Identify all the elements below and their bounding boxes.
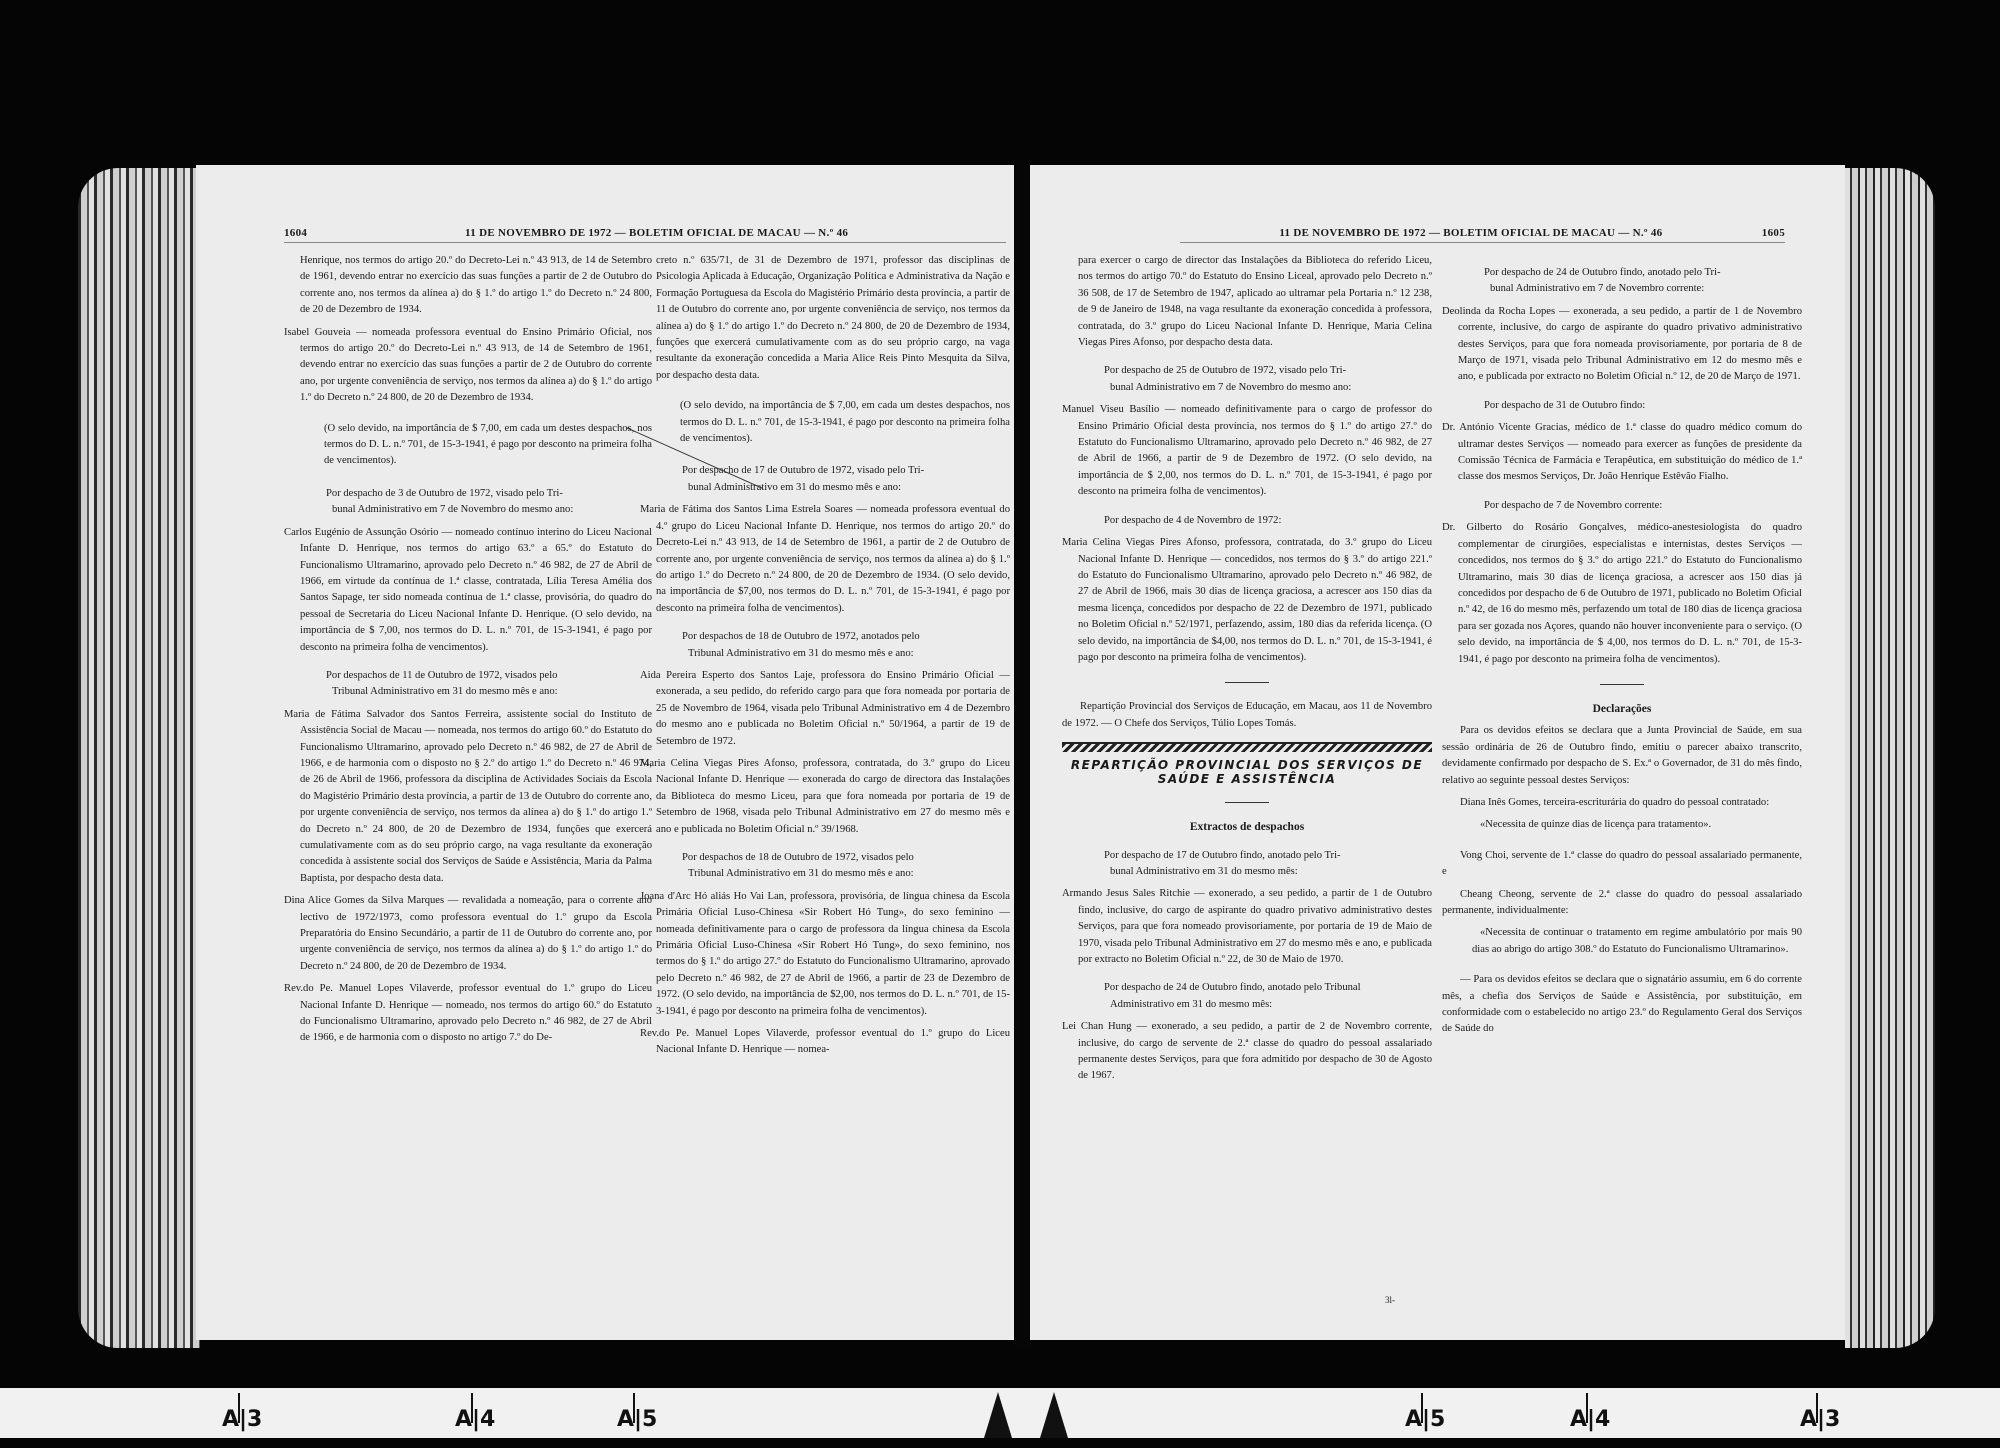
despacho-heading: Por despachos de 11 de Outubro de 1972, … [284, 668, 652, 701]
despacho-line: bunal Administrativo em 7 de Novembro do… [1086, 380, 1432, 396]
quoted-opinion: «Necessita de quinze dias de licença par… [1472, 817, 1802, 833]
paragraph: Vong Choi, servente de 1.ª classe do qua… [1442, 848, 1802, 881]
film-mark: A|4 [455, 1407, 495, 1432]
appointment-entry: Maria de Fátima dos Santos Lima Estrela … [640, 502, 1010, 617]
page-footer-mark: 3l- [1385, 1295, 1395, 1305]
despacho-line: Por despachos de 18 de Outubro de 1972, … [682, 852, 914, 863]
appointment-entry: Rev.do Pe. Manuel Lopes Vilaverde, profe… [284, 981, 652, 1047]
subheading: Declarações [1442, 701, 1802, 717]
despacho-heading: Por despachos de 18 de Outubro de 1972, … [640, 850, 1010, 883]
subheading: Extractos de despachos [1062, 819, 1432, 835]
despacho-heading: Por despacho de 17 de Outubro de 1972, v… [640, 463, 1010, 496]
appointment-entry: Armando Jesus Sales Ritchie — exonerado,… [1062, 886, 1432, 968]
despacho-line: bunal Administrativo em 7 de Novembro do… [308, 502, 652, 518]
appointment-entry: Deolinda da Rocha Lopes — exonerada, a s… [1442, 304, 1802, 386]
continued-entry: Henrique, nos termos do artigo 20.º do D… [284, 253, 652, 319]
despacho-heading: Por despachos de 18 de Outubro de 1972, … [640, 629, 1010, 662]
continued-entry: creto n.º 635/71, de 31 de Dezembro de 1… [640, 253, 1010, 384]
despacho-line: Por despacho de 24 de Outubro findo, ano… [1484, 267, 1721, 278]
despacho-line: Tribunal Administrativo em 31 do mesmo m… [664, 866, 1010, 882]
despacho-line: Administrativo em 31 do mesmo mês: [1086, 997, 1432, 1013]
running-title: 11 DE NOVEMBRO DE 1972 — BOLETIM OFICIAL… [465, 227, 848, 239]
despacho-heading: Por despacho de 24 de Outubro findo, ano… [1442, 265, 1802, 298]
right-page-column-1: para exercer o cargo de director das Ins… [1062, 253, 1432, 1091]
despacho-heading: Por despacho de 3 de Outubro de 1972, vi… [284, 486, 652, 519]
film-mark: A|5 [1405, 1407, 1445, 1432]
appointment-entry: Manuel Viseu Basílio — nomeado definitiv… [1062, 402, 1432, 500]
paragraph: Para os devidos efeitos se declara que a… [1442, 723, 1802, 789]
despacho-heading: Por despacho de 7 de Novembro corrente: [1442, 498, 1802, 514]
right-page-column-2: Por despacho de 24 de Outubro findo, ano… [1442, 253, 1802, 1044]
film-mark: A|3 [1800, 1407, 1840, 1432]
appointment-entry: Maria Celina Viegas Pires Afonso, profes… [1062, 535, 1432, 666]
running-title: 11 DE NOVEMBRO DE 1972 — BOLETIM OFICIAL… [1279, 227, 1662, 239]
stamp-duty-note: (O selo devido, na importância de $ 7,00… [680, 398, 1010, 447]
film-notch-left [984, 1392, 1012, 1438]
quoted-opinion: «Necessita de continuar o tratamento em … [1472, 925, 1802, 958]
book-page-edges-right [1845, 168, 1935, 1348]
section-divider [1225, 802, 1269, 803]
despacho-line: Por despachos de 11 de Outubro de 1972, … [326, 670, 557, 681]
despacho-line: Por despacho de 17 de Outubro findo, ano… [1104, 850, 1341, 861]
despacho-heading: Por despacho de 17 de Outubro findo, ano… [1062, 848, 1432, 881]
paragraph: Cheang Cheong, servente de 2.ª classe do… [1442, 887, 1802, 920]
running-header-left: 1604 11 DE NOVEMBRO DE 1972 — BOLETIM OF… [284, 227, 1006, 243]
despacho-line: Tribunal Administrativo em 31 do mesmo m… [664, 646, 1010, 662]
appointment-entry: Rev.do Pe. Manuel Lopes Vilaverde, profe… [640, 1026, 1010, 1059]
despacho-heading: Por despacho de 24 de Outubro findo, ano… [1062, 980, 1432, 1013]
appointment-entry: Dr. Gilberto do Rosário Gonçalves, médic… [1442, 520, 1802, 668]
appointment-entry: Isabel Gouveia — nomeada professora even… [284, 325, 652, 407]
left-page: 1604 11 DE NOVEMBRO DE 1972 — BOLETIM OF… [196, 165, 1016, 1340]
appointment-entry: Joana d'Arc Hó aliás Ho Vai Lan, profess… [640, 889, 1010, 1020]
book-page-edges-left [78, 168, 200, 1348]
despacho-line: bunal Administrativo em 31 do mesmo mês … [664, 480, 1010, 496]
despacho-line: bunal Administrativo em 31 do mesmo mês: [1086, 864, 1432, 880]
appointment-entry: Aida Pereira Esperto dos Santos Laje, pr… [640, 668, 1010, 750]
section-divider [1600, 684, 1644, 685]
appointment-entry: Lei Chan Hung — exonerado, a seu pedido,… [1062, 1019, 1432, 1085]
appointment-entry: Carlos Eugénio de Assunção Osório — nome… [284, 525, 652, 656]
despacho-line: Por despacho de 25 de Outubro de 1972, v… [1104, 365, 1346, 376]
section-divider [1225, 682, 1269, 683]
running-header-right: 11 DE NOVEMBRO DE 1972 — BOLETIM OFICIAL… [1180, 227, 1785, 243]
stamp-duty-note: (O selo devido, na importância de $ 7,00… [324, 421, 652, 470]
despacho-line: Por despacho de 7 de Novembro corrente: [1484, 500, 1662, 511]
despacho-line: Por despacho de 24 de Outubro findo, ano… [1104, 982, 1361, 993]
film-mark: A|5 [617, 1407, 657, 1432]
left-page-column-2: creto n.º 635/71, de 31 de Dezembro de 1… [640, 253, 1010, 1065]
despacho-heading: Por despacho de 25 de Outubro de 1972, v… [1062, 363, 1432, 396]
despacho-line: Por despacho de 4 de Novembro de 1972: [1104, 515, 1281, 526]
page-number: 1605 [1762, 227, 1785, 239]
paragraph: Diana Inês Gomes, terceira-escriturária … [1442, 795, 1802, 811]
appointment-entry: Maria Celina Viegas Pires Afonso, profes… [640, 756, 1010, 838]
despacho-line: Por despacho de 31 de Outubro findo: [1484, 400, 1645, 411]
film-notch-right [1040, 1392, 1068, 1438]
film-mark: A|4 [1570, 1407, 1610, 1432]
appointment-entry: Dina Alice Gomes da Silva Marques — reva… [284, 893, 652, 975]
page-number: 1604 [284, 227, 307, 239]
despacho-line: Por despachos de 18 de Outubro de 1972, … [682, 631, 920, 642]
paragraph: Repartição Provincial dos Serviços de Ed… [1062, 699, 1432, 732]
despacho-line: bunal Administrativo em 7 de Novembro co… [1466, 281, 1802, 297]
continued-entry: para exercer o cargo de director das Ins… [1062, 253, 1432, 351]
appointment-entry: Dr. António Vicente Gracias, médico de 1… [1442, 420, 1802, 486]
left-page-column-1: Henrique, nos termos do artigo 20.º do D… [284, 253, 652, 1053]
ornamental-divider [1062, 742, 1432, 752]
right-page: 11 DE NOVEMBRO DE 1972 — BOLETIM OFICIAL… [1030, 165, 1845, 1340]
despacho-heading: Por despacho de 31 de Outubro findo: [1442, 398, 1802, 414]
film-mark: A|3 [222, 1407, 262, 1432]
paragraph: — Para os devidos efeitos se declara que… [1442, 972, 1802, 1038]
despacho-heading: Por despacho de 4 de Novembro de 1972: [1062, 513, 1432, 529]
appointment-entry: Maria de Fátima Salvador dos Santos Ferr… [284, 707, 652, 887]
section-title: REPARTIÇÃO PROVINCIAL DOS SERVIÇOS DE SA… [1062, 758, 1432, 786]
despacho-line: Por despacho de 3 de Outubro de 1972, vi… [326, 488, 563, 499]
despacho-line: Tribunal Administrativo em 31 do mesmo m… [308, 684, 652, 700]
